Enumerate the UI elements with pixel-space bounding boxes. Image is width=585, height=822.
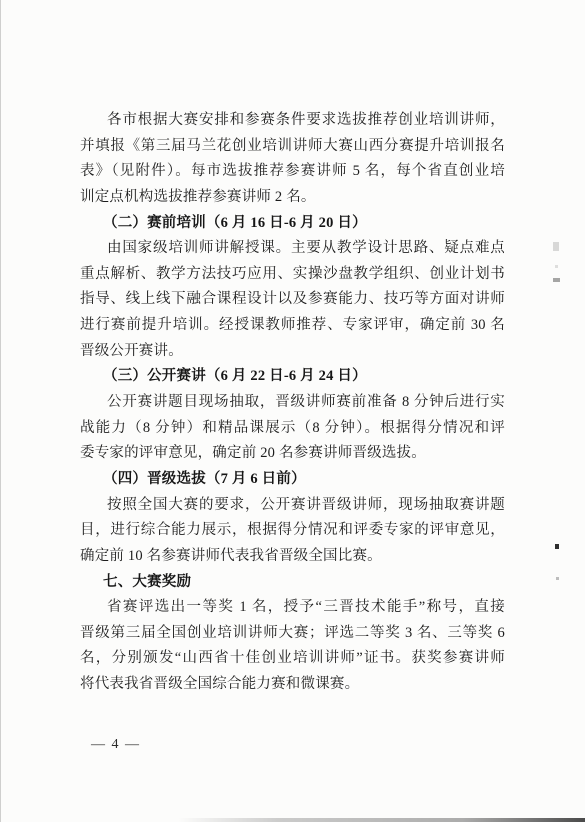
section-heading-promotion-selection: （四）晋级选拔（7 月 6 日前） — [80, 467, 505, 493]
scan-bottom-shadow — [178, 818, 585, 822]
paragraph-line: 并填报《第三届马兰花创业培训讲师大赛山西分赛提升培训报名 — [80, 134, 505, 160]
scan-speck — [556, 577, 559, 580]
paragraph-line: 重点解析、教学方法技巧应用、实操沙盘教学组织、创业计划书 — [80, 262, 505, 288]
paragraph-line: 将代表我省晋级全国综合能力赛和微课赛。 — [80, 672, 505, 698]
paragraph-line: 公开赛讲题目现场抽取，晋级讲师赛前准备 8 分钟后进行实 — [80, 390, 505, 416]
paragraph-line: 晋级第三届全国创业培训讲师大赛；评选二等奖 3 名、三等奖 6 — [80, 621, 505, 647]
scan-edge-line — [0, 0, 1, 822]
paragraph-line: 确定前 10 名参赛讲师代表我省晋级全国比赛。 — [80, 544, 505, 570]
paragraph-line: 晋级公开赛讲。 — [80, 339, 505, 365]
section-heading-pretraining: （二）赛前培训（6 月 16 日-6 月 20 日） — [80, 211, 505, 237]
scanned-document-page: 各市根据大赛安排和参赛条件要求选拔推荐创业培训讲师， 并填报《第三届马兰花创业培… — [0, 0, 585, 822]
paragraph-line: 战能力（8 分钟）和精品课展示（8 分钟）。根据得分情况和评 — [80, 416, 505, 442]
scan-speck — [555, 265, 558, 268]
paragraph-line: 各市根据大赛安排和参赛条件要求选拔推荐创业培训讲师， — [80, 108, 505, 134]
paragraph-line: 训定点机构选拔推荐参赛讲师 2 名。 — [80, 185, 505, 211]
paragraph-line: 指导、线上线下融合课程设计以及参赛能力、技巧等方面对讲师 — [80, 287, 505, 313]
paragraph-line: 表》（见附件）。每市选拔推荐参赛讲师 5 名，每个省直创业培 — [80, 159, 505, 185]
paragraph-line: 省赛评选出一等奖 1 名，授予“三晋技术能手”称号，直接 — [80, 595, 505, 621]
section-heading-open-contest: （三）公开赛讲（6 月 22 日-6 月 24 日） — [80, 364, 505, 390]
paragraph-line: 按照全国大赛的要求，公开赛讲晋级讲师，现场抽取赛讲题 — [80, 493, 505, 519]
page-number: — 4 — — [91, 737, 141, 753]
section-heading-awards: 七、大赛奖励 — [80, 570, 505, 596]
scan-speck — [555, 544, 559, 549]
paragraph-line: 名，分别颁发“山西省十佳创业培训讲师”证书。获奖参赛讲师 — [80, 646, 505, 672]
document-body: 各市根据大赛安排和参赛条件要求选拔推荐创业培训讲师， 并填报《第三届马兰花创业培… — [80, 108, 505, 698]
scan-speck — [553, 278, 560, 282]
paragraph-line: 目，进行综合能力展示，根据得分情况和评委专家的评审意见， — [80, 518, 505, 544]
paragraph-line: 委专家的评审意见，确定前 20 名参赛讲师晋级选拔。 — [80, 441, 505, 467]
paragraph-line: 由国家级培训师讲解授课。主要从教学设计思路、疑点难点 — [80, 236, 505, 262]
scan-speck — [553, 242, 559, 251]
paragraph-line: 进行赛前提升培训。经授课教师推荐、专家评审，确定前 30 名 — [80, 313, 505, 339]
